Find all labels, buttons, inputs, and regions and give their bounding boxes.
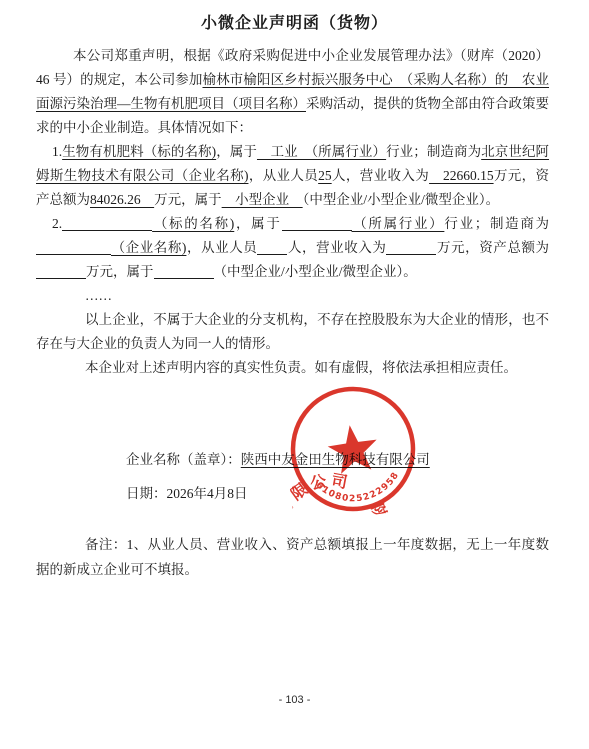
stamp-star-icon xyxy=(325,422,380,475)
paragraph-declaration: 本公司郑重声明，根据《政府采购促进中小企业发展管理办法》（财库（2020）46 … xyxy=(36,44,549,140)
blank-field xyxy=(36,239,111,255)
filled-field: 25 xyxy=(318,168,332,183)
text-run: 1. xyxy=(52,144,62,159)
blank-field xyxy=(257,239,287,255)
text-run: ，从业人员 xyxy=(186,240,257,255)
ellipsis-line: …… xyxy=(36,284,549,308)
paragraph-responsibility: 本企业对上述声明内容的真实性负责。如有虚假，将依法承担相应责任。 xyxy=(36,356,549,380)
document-title: 小微企业声明函（货物） xyxy=(0,10,589,33)
paragraph-item-2: 2.（标的名称)，属于（所属行业）行业；制造商为（企业名称)，从业人员人，营业收… xyxy=(36,212,549,284)
blank-field xyxy=(154,263,214,279)
filled-field: （所属行业） xyxy=(352,216,445,231)
paragraph-no-affiliation: 以上企业，不属于大企业的分支机构，不存在控股股东为大企业的情形，也不存在与大企业… xyxy=(36,308,549,356)
text-run: 人，营业收入为 xyxy=(287,240,386,255)
document-page: 小微企业声明函（货物） 本公司郑重声明，根据《政府采购促进中小企业发展管理办法》… xyxy=(0,0,589,749)
blank-field xyxy=(62,215,152,231)
filled-field: （企业名称) xyxy=(111,240,186,255)
blank-field xyxy=(282,215,352,231)
text-run: 万元，资产总额为 xyxy=(436,240,549,255)
blank-field xyxy=(36,263,86,279)
note-paragraph: 备注：1、从业人员、营业收入、资产总额填报上一年度数据，无上一年度数据的新成立企… xyxy=(36,532,549,582)
filled-field: 工业 （所属行业） xyxy=(257,144,386,159)
date-label: 日期： xyxy=(126,486,167,501)
page-number: - 103 - xyxy=(0,694,589,706)
text-run: 行业；制造商为 xyxy=(386,144,481,159)
company-seal-stamp: 陕西中友金田生物科技有限公司 6108025222958 xyxy=(276,372,430,526)
text-run: ，属于 xyxy=(234,216,281,231)
paragraph-item-1: 1.生物有机肥料（标的名称)，属于 工业 （所属行业）行业；制造商为北京世纪阿姆… xyxy=(36,140,549,212)
filled-field: 小型企业 xyxy=(222,192,303,207)
filled-field: 22660.15 xyxy=(429,168,494,183)
document-body: 本公司郑重声明，根据《政府采购促进中小企业发展管理办法》（财库（2020）46 … xyxy=(36,44,549,380)
blank-field xyxy=(386,239,436,255)
text-run: 万元，属于 xyxy=(154,192,222,207)
filled-field: 84026.26 xyxy=(90,192,154,207)
text-run: 人，营业收入为 xyxy=(332,168,429,183)
text-run: （中型企业/小型企业/微型企业）。 xyxy=(214,264,417,279)
text-run: 2. xyxy=(52,216,62,231)
company-name-label: 企业名称（盖章）： xyxy=(126,452,241,467)
text-run: ，从业人员 xyxy=(248,168,318,183)
text-run: 万元，属于 xyxy=(86,264,154,279)
date-value: 2026年4月8日 xyxy=(167,486,248,501)
text-run: ，属于 xyxy=(216,144,257,159)
text-run: （中型企业/小型企业/微型企业）。 xyxy=(303,192,500,207)
text-run: 行业；制造商为 xyxy=(444,216,549,231)
filled-field: （标的名称) xyxy=(152,216,234,231)
filled-field: 生物有机肥料（标的名称) xyxy=(62,144,216,159)
